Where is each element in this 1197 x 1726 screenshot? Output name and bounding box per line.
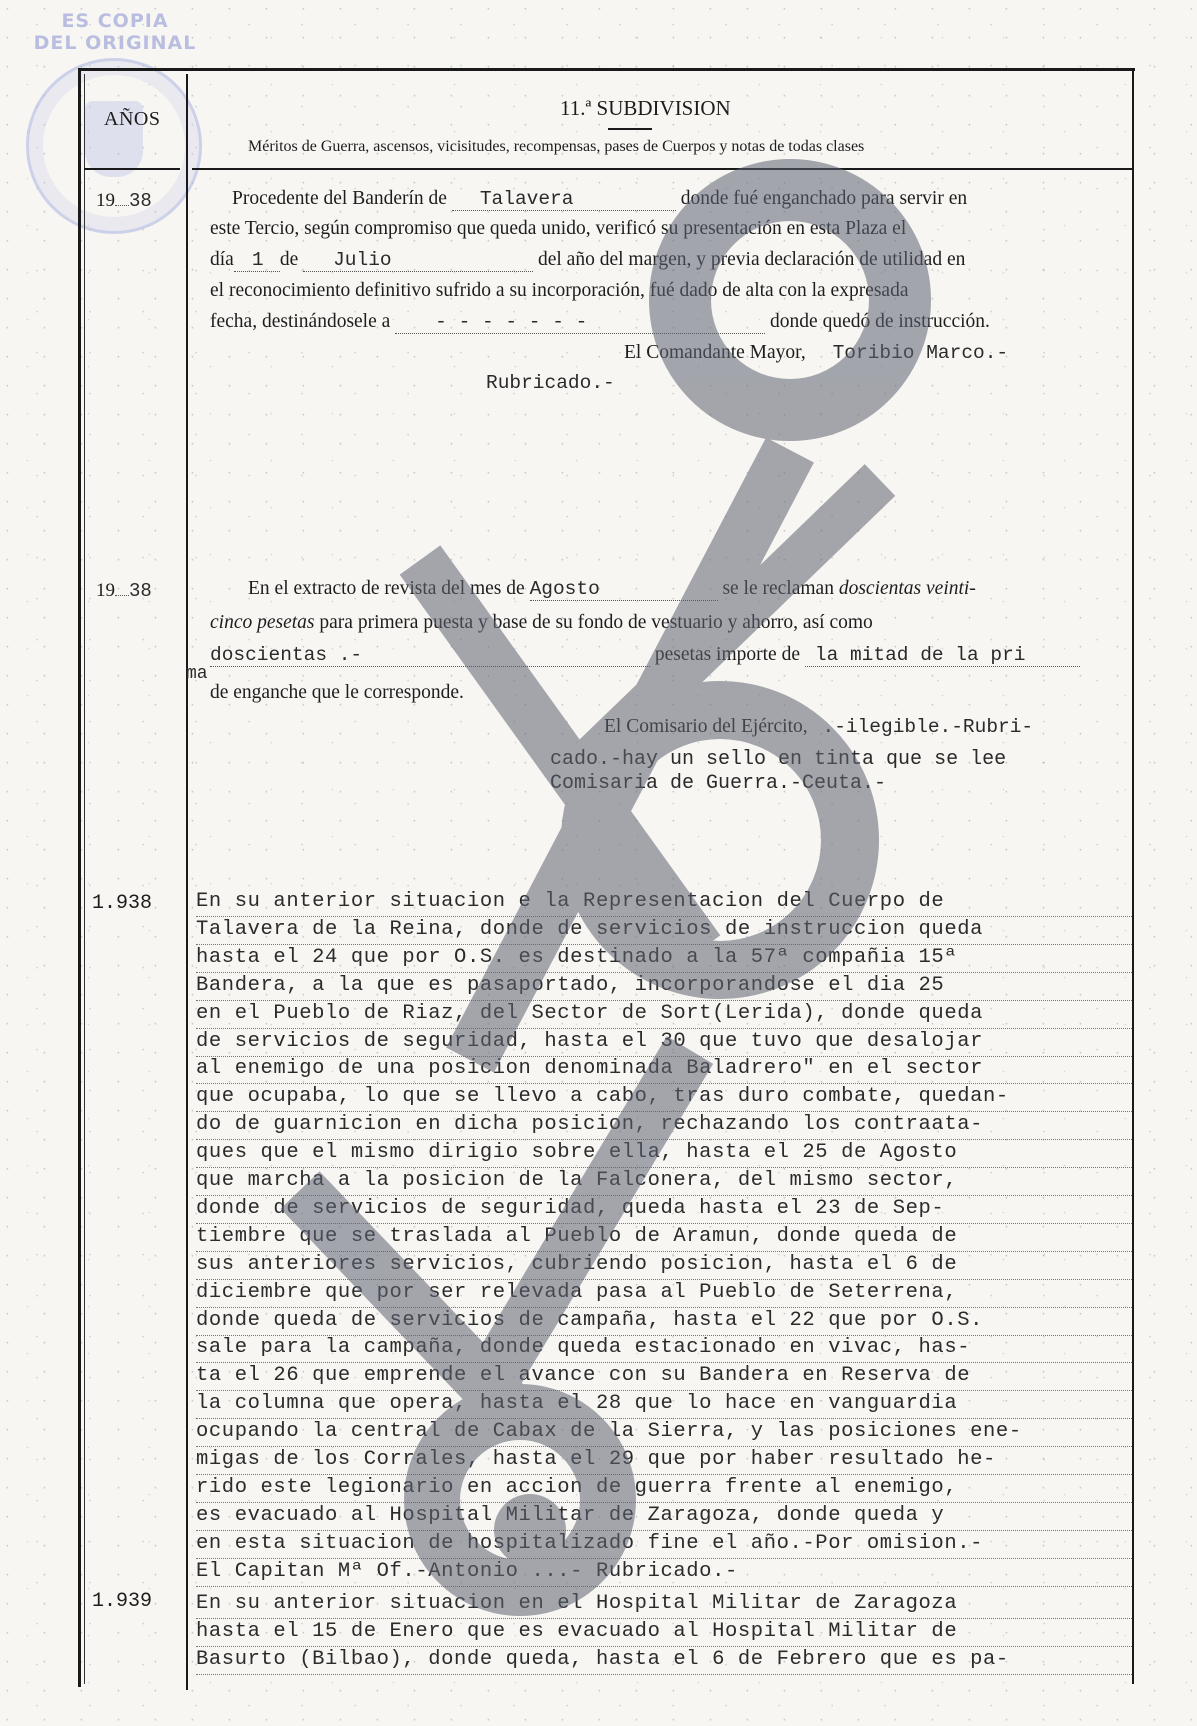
text: En el extracto de revista del mes de	[248, 578, 525, 599]
entry-2-seal-location: Comisaria de Guerra.-Ceuta.-	[550, 772, 886, 795]
entry-2-line-continuation: ma	[186, 664, 208, 684]
typed-line: que ocupaba, lo que se llevo a cabo, tra…	[196, 1085, 1132, 1112]
typed-line: la columna que opera, hasta el 28 que lo…	[196, 1392, 1132, 1419]
typed-line: migas de los Corrales, hasta el 29 que p…	[196, 1448, 1132, 1475]
year-suffix: 38	[129, 580, 152, 602]
entry-2-line-2: cinco pesetas para primera puesta y base…	[210, 612, 873, 634]
dot-leader	[115, 205, 129, 206]
month-value: Julio	[303, 249, 533, 272]
typed-line: ocupando la central de Cabax de la Sierr…	[196, 1420, 1132, 1447]
copy-stamp: ES COPIA DEL ORIGINAL	[20, 10, 210, 54]
entry-1-year: 1938	[96, 190, 152, 212]
dot-leader	[115, 595, 129, 596]
typed-line: sus anteriores servicios, cubriendo posi…	[196, 1253, 1132, 1280]
typed-line: que marcha a la posicion de la Falconera…	[196, 1169, 1132, 1196]
typed-line: donde de servicios de seguridad, queda h…	[196, 1197, 1132, 1224]
typed-line: de servicios de seguridad, hasta el 30 q…	[196, 1030, 1132, 1057]
month-value: Agosto	[530, 578, 718, 601]
entry-1-line-2: este Tercio, según compromiso que queda …	[210, 218, 906, 240]
signatory-label: El Comandante Mayor,	[624, 342, 806, 363]
text: Procedente del Banderín de	[232, 188, 447, 209]
typed-line: ques que el mismo dirigio sobre ella, ha…	[196, 1141, 1132, 1168]
concept-value: la mitad de la pri	[805, 644, 1080, 667]
banderin-value: Talavera	[452, 188, 676, 211]
years-column-divider	[186, 74, 188, 1690]
section-subtitle: Méritos de Guerra, ascensos, vicisitudes…	[248, 138, 864, 156]
entry-3-year: 1.938	[92, 892, 152, 915]
stamp-line-2: DEL ORIGINAL	[20, 32, 210, 54]
entry-1-line-4: el reconocimiento definitivo sufrido a s…	[210, 280, 909, 302]
year-suffix: 38	[129, 190, 152, 212]
text: donde quedó de instrucción.	[770, 311, 990, 332]
years-column-header: AÑOS	[104, 108, 160, 131]
stamp-line-1: ES COPIA	[20, 10, 210, 32]
text: de	[280, 249, 298, 270]
form-right-border	[1132, 68, 1134, 1684]
typed-line: Talavera de la Reina, donde de servicios…	[196, 918, 1132, 945]
typed-line: hasta el 15 de Enero que es evacuado al …	[196, 1620, 1132, 1647]
entry-1-line-1: Procedente del Banderín de Talavera dond…	[232, 188, 967, 211]
header-rule-right	[192, 168, 1132, 170]
typed-line: donde queda de servicios de campaña, has…	[196, 1309, 1132, 1336]
typed-line: do de guarnicion en dicha posicion, rech…	[196, 1113, 1132, 1140]
subdivision-title: 11.ª SUBDIVISION	[560, 96, 731, 121]
destination-value: - - - - - - -	[395, 311, 765, 334]
frame-inner-rule	[84, 74, 85, 1684]
typed-line: en el Pueblo de Riaz, del Sector de Sort…	[196, 1002, 1132, 1029]
text: para primera puesta y base de su fondo d…	[319, 612, 872, 633]
signatory-name: Toribio Marco.-	[833, 342, 1009, 364]
amount-value: doscientas .-	[210, 644, 650, 667]
entry-1-signature: El Comandante Mayor, Toribio Marco.-	[624, 342, 1008, 364]
entry-1-line-5: fecha, destinándosele a - - - - - - - do…	[210, 311, 990, 334]
entry-2-year: 1938	[96, 580, 152, 602]
typed-line: En su anterior situacion e la Representa…	[196, 890, 1132, 917]
entry-2-signature: El Comisario del Ejército, .-ilegible.-R…	[604, 716, 1033, 738]
year-prefix: 19	[96, 190, 115, 211]
entry-4-year: 1.939	[92, 1590, 152, 1613]
typed-line: rido este legionario en accion de guerra…	[196, 1476, 1132, 1503]
typed-line: es evacuado al Hospital Militar de Zarag…	[196, 1504, 1132, 1531]
typed-line: El Capitan Mª Of.-Antonio ...- Rubricado…	[196, 1560, 1132, 1587]
entry-2-line-3: doscientas .- pesetas importe de la mita…	[210, 644, 1080, 667]
signatory-label: El Comisario del Ejército,	[604, 716, 808, 737]
typed-line: Bandera, a la que es pasaportado, incorp…	[196, 974, 1132, 1001]
entry-1-rubric: Rubricado.-	[486, 372, 615, 394]
entry-2-line-1: En el extracto de revista del mes de Ago…	[248, 578, 976, 601]
typed-line: tiembre que se traslada al Pueblo de Ara…	[196, 1225, 1132, 1252]
title-underline	[608, 128, 652, 130]
header-rule-left	[84, 168, 180, 170]
typed-line: al enemigo de una posicion denominada Ba…	[196, 1057, 1132, 1084]
typed-line: Basurto (Bilbao), donde queda, hasta el …	[196, 1648, 1132, 1675]
amount-text: doscientas veinti-	[839, 578, 976, 599]
text: día	[210, 249, 234, 270]
day-value: 1	[234, 249, 280, 272]
typed-line: En su anterior situacion en el Hospital …	[196, 1592, 1132, 1619]
year-prefix: 19	[96, 580, 115, 601]
text: se le reclaman	[722, 578, 834, 599]
amount-text: cinco pesetas	[210, 612, 315, 633]
text: del año del margen, y previa declaración…	[538, 249, 965, 270]
typed-line: hasta el 24 que por O.S. es destinado a …	[196, 946, 1132, 973]
text: donde fué enganchado para servir en	[681, 188, 967, 209]
entry-2-line-4: de enganche que le corresponde.	[210, 682, 464, 704]
text: fecha, destinándosele a	[210, 311, 390, 332]
typed-line: en esta situacion de hospitalizado fine …	[196, 1532, 1132, 1559]
text: pesetas importe de	[655, 644, 800, 665]
typed-line: sale para la campaña, donde queda estaci…	[196, 1336, 1132, 1363]
typed-line: diciembre que por ser relevada pasa al P…	[196, 1281, 1132, 1308]
signatory-name: .-ilegible.-Rubri-	[823, 716, 1034, 738]
entry-2-seal-note: cado.-hay un sello en tinta que se lee	[550, 748, 1006, 771]
typed-line: ta el 26 que emprende el avance con su B…	[196, 1364, 1132, 1391]
entry-1-line-3: día1de Julio del año del margen, y previ…	[210, 249, 965, 272]
